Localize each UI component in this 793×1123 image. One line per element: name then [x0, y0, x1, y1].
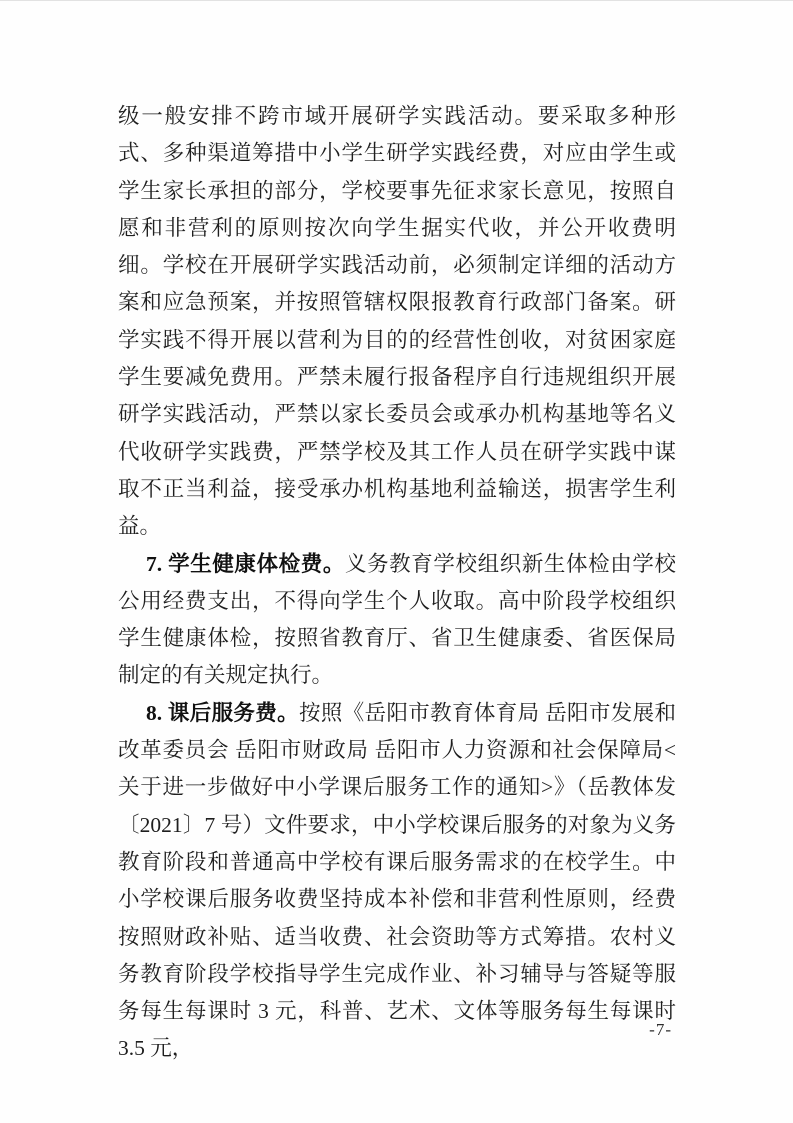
paragraph: 8. 课后服务费。按照《岳阳市教育体育局 岳阳市发展和改革委员会 岳阳市财政局 … [118, 695, 676, 1068]
paragraph: 级一般安排不跨市域开展研学实践活动。要采取多种形式、多种渠道筹措中小学生研学实践… [118, 98, 676, 546]
paragraph: 7. 学生健康体检费。义务教育学校组织新生体检由学校公用经费支出，不得向学生个人… [118, 546, 676, 695]
paragraph-text: 级一般安排不跨市域开展研学实践活动。要采取多种形式、多种渠道筹措中小学生研学实践… [118, 104, 676, 538]
document-body: 级一般安排不跨市域开展研学实践活动。要采取多种形式、多种渠道筹措中小学生研学实践… [118, 98, 676, 1068]
paragraph-heading: 8. 课后服务费。 [146, 701, 299, 725]
page-number: -7- [649, 1020, 672, 1040]
paragraph-text: 按照《岳阳市教育体育局 岳阳市发展和改革委员会 岳阳市财政局 岳阳市人力资源和社… [118, 701, 676, 1061]
paragraph-heading: 7. 学生健康体检费。 [146, 552, 345, 576]
document-page: 级一般安排不跨市域开展研学实践活动。要采取多种形式、多种渠道筹措中小学生研学实践… [0, 0, 793, 1123]
